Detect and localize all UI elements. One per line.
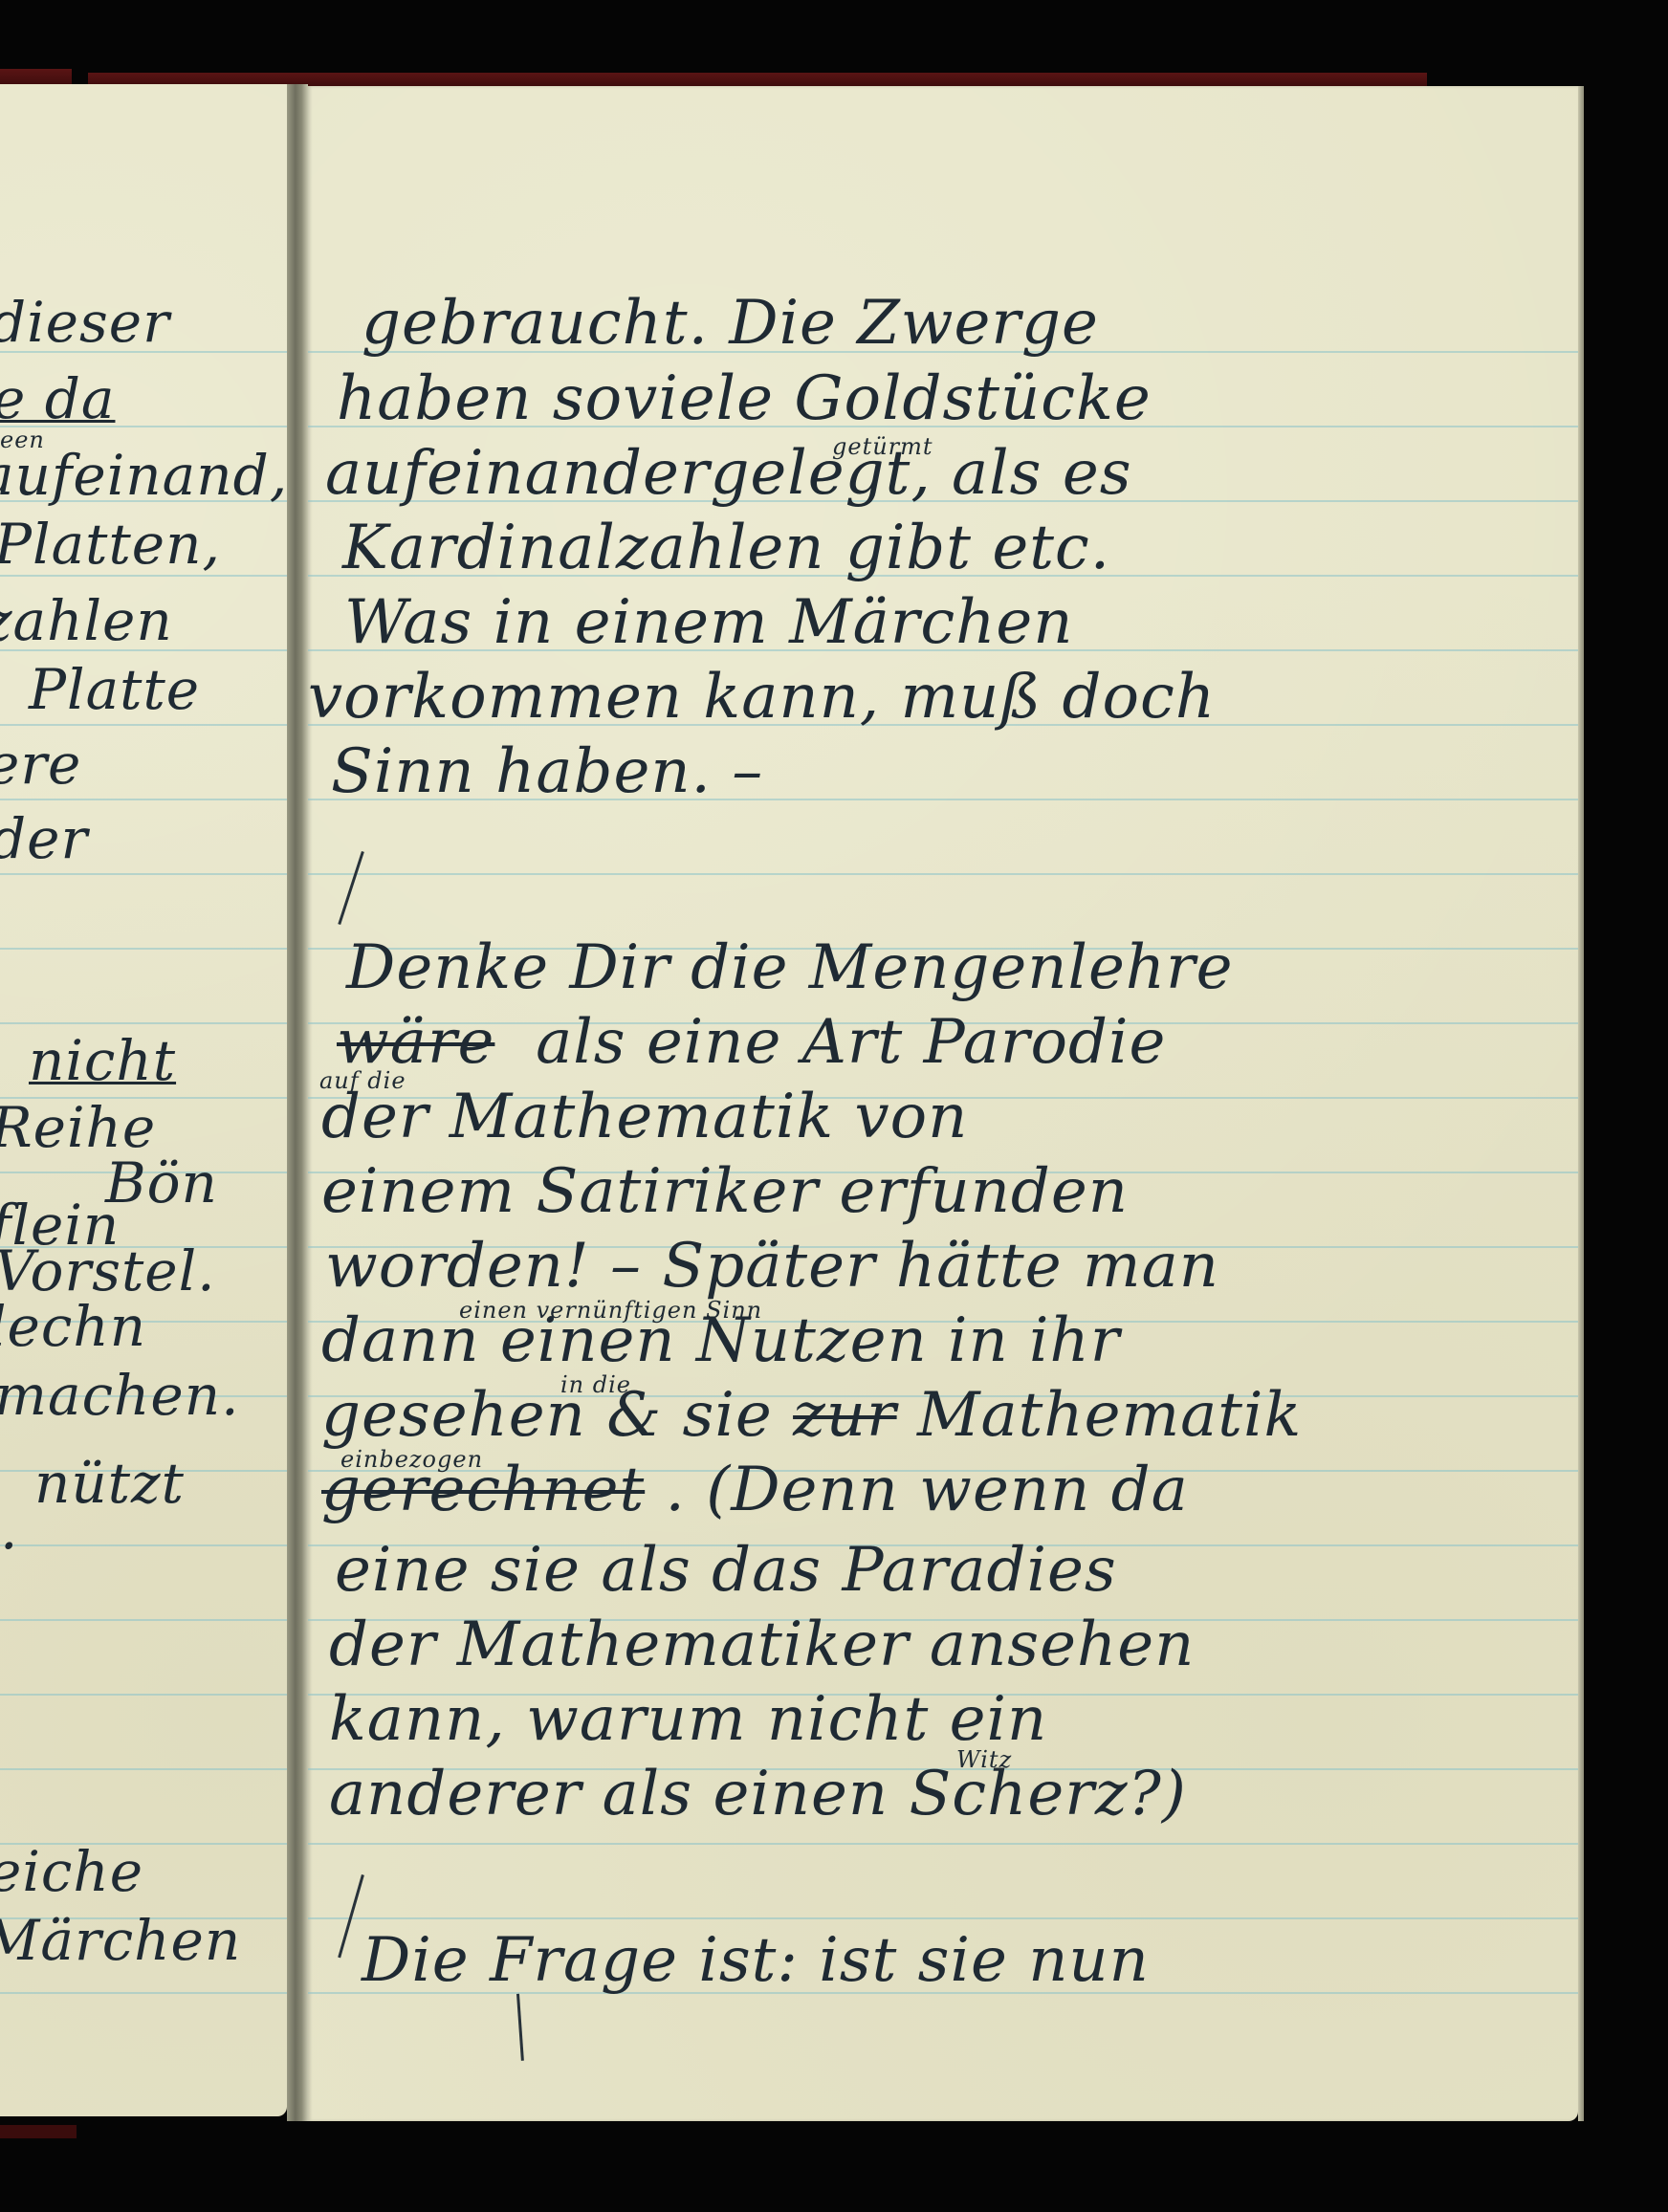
- manuscript-line-16: gerechnet . (Denn wenn da: [321, 1459, 1189, 1521]
- left-line: nützt: [34, 1456, 185, 1511]
- left-line: Platte: [29, 662, 200, 717]
- left-line: der: [0, 811, 88, 866]
- left-line: .: [0, 1501, 18, 1557]
- manuscript-line-15: gesehen & sie zur Mathematik: [321, 1385, 1302, 1446]
- manuscript-line-10: wäre als eine Art Parodie: [337, 1012, 1166, 1073]
- manuscript-line-3: aufeinandergelegt, als es: [325, 443, 1132, 504]
- left-line: Märchen: [0, 1913, 241, 1968]
- notebook-cover-bottom-left: [0, 2125, 77, 2138]
- manuscript-line-12: einem Satiriker erfunden: [321, 1161, 1129, 1222]
- manuscript-line-4: Kardinalzahlen gibt etc.: [342, 517, 1110, 579]
- line-continuation: als eine Art Parodie: [516, 1007, 1167, 1078]
- struck-word: gerechnet: [321, 1455, 645, 1525]
- ruled-line: [0, 1619, 287, 1621]
- ruled-line: [0, 1992, 287, 1994]
- line-end: . (Denn wenn da: [666, 1455, 1189, 1525]
- left-line: nicht: [29, 1033, 176, 1088]
- left-line: Bön: [105, 1155, 218, 1211]
- left-line: dieser: [0, 295, 170, 350]
- line-start: gesehen & sie: [321, 1380, 793, 1451]
- manuscript-line-9: Denke Dir die Mengenlehre: [346, 937, 1234, 998]
- ruled-line: [0, 948, 287, 950]
- manuscript-line-13: worden! – Später hätte man: [325, 1236, 1219, 1297]
- ruled-line: [0, 1544, 287, 1546]
- struck-word: zur: [793, 1380, 897, 1451]
- book-gutter: [287, 84, 308, 2121]
- ruled-line: [308, 1843, 1578, 1845]
- manuscript-line-20: anderer als einen Scherz?): [329, 1763, 1187, 1825]
- right-page-edge: [1578, 86, 1584, 2121]
- left-line-fragment: e da: [0, 366, 115, 431]
- ruled-line: [0, 1022, 287, 1024]
- left-line: Reihe: [0, 1100, 156, 1155]
- manuscript-line-11: der Mathematik von: [321, 1086, 968, 1148]
- left-line: e da: [0, 371, 115, 427]
- manuscript-line-5: Was in einem Märchen: [344, 592, 1074, 653]
- manuscript-line-22: Die Frage ist: ist sie nun: [362, 1930, 1150, 1991]
- left-line: machen.: [0, 1368, 240, 1423]
- left-line: ere: [0, 736, 81, 792]
- left-line: Vorstel.: [0, 1243, 216, 1299]
- left-line: lechn: [0, 1299, 146, 1354]
- line-end: Mathematik: [917, 1380, 1302, 1451]
- ruled-line: [0, 873, 287, 875]
- left-line: Platten,: [0, 516, 221, 572]
- ruled-line: [0, 724, 287, 726]
- left-line: aufeinand,: [0, 448, 288, 503]
- manuscript-line-17: eine sie als das Paradies: [335, 1540, 1117, 1601]
- manuscript-line-7: Sinn haben. –: [331, 741, 763, 802]
- manuscript-line-2: haben soviele Goldstücke: [337, 368, 1152, 429]
- manuscript-line-19: kann, warum nicht ein: [329, 1689, 1047, 1750]
- ruled-line: [0, 799, 287, 800]
- left-line: zahlen: [0, 593, 173, 648]
- ruled-line: [0, 1694, 287, 1696]
- manuscript-line-1: gebraucht. Die Zwerge: [362, 293, 1099, 354]
- ruled-line: [0, 1768, 287, 1770]
- ruled-line: [308, 873, 1578, 875]
- manuscript-line-6: vorkommen kann, muß doch: [308, 667, 1216, 728]
- ruled-line: [308, 1917, 1578, 1919]
- manuscript-line-18: der Mathematiker ansehen: [329, 1614, 1195, 1675]
- left-line: eiche: [0, 1844, 143, 1899]
- manuscript-line-14: dann einen Nutzen in ihr: [321, 1310, 1120, 1371]
